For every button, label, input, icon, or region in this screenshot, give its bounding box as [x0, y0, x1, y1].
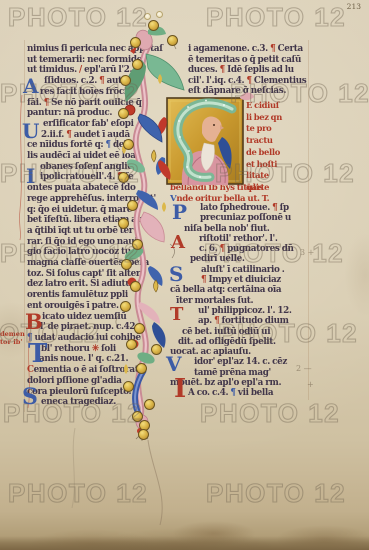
drop-cap-initial-t: T	[170, 306, 183, 324]
gold-bezant	[136, 363, 147, 374]
gold-bezant	[118, 108, 129, 119]
gold-bezant	[144, 399, 155, 410]
gold-bezant	[132, 59, 143, 70]
drop-cap-initial-p: P	[172, 202, 187, 222]
gold-bezant	[118, 172, 129, 183]
gold-bezant	[120, 75, 131, 86]
gold-bezant	[130, 281, 141, 292]
gold-bezant	[130, 37, 141, 48]
gold-bezant	[126, 339, 137, 350]
gold-bezant	[120, 301, 131, 312]
gold-bezant	[127, 200, 138, 211]
drop-cap-initial-t: T	[28, 341, 47, 367]
gold-bezant	[123, 139, 134, 150]
gold-bezant	[151, 344, 162, 355]
margin-ink-mark: +	[307, 380, 314, 389]
gold-bezant	[132, 239, 143, 250]
gold-bezant	[134, 323, 145, 334]
pale-dot	[156, 11, 163, 18]
drop-cap-initial-s: S	[169, 264, 183, 284]
drop-cap-initial-a: A	[23, 76, 39, 96]
gold-bezant	[118, 218, 129, 229]
drop-cap-initial-i: I	[26, 166, 35, 186]
manuscript-photo: nimius ſi pericula nec appetaſut temerar…	[0, 0, 369, 550]
drop-cap-initial-i: I	[174, 376, 186, 402]
drop-cap-initial-u: U	[22, 121, 39, 141]
gold-bezant	[167, 35, 178, 46]
drop-cap-initial-a: A	[171, 234, 185, 252]
margin-ink-mark: 2 —	[296, 364, 312, 373]
gold-bezant	[123, 381, 134, 392]
drop-cap-initial-b: B	[25, 311, 43, 332]
pale-dot	[144, 13, 151, 20]
drop-cap-initial-s: S	[22, 386, 38, 408]
margin-ink-mark: 3 +	[300, 248, 314, 257]
drop-cap-initial-v: V	[166, 354, 182, 374]
gold-bezant	[138, 429, 149, 440]
gold-bezant	[148, 20, 159, 31]
gold-bezant	[121, 259, 132, 270]
